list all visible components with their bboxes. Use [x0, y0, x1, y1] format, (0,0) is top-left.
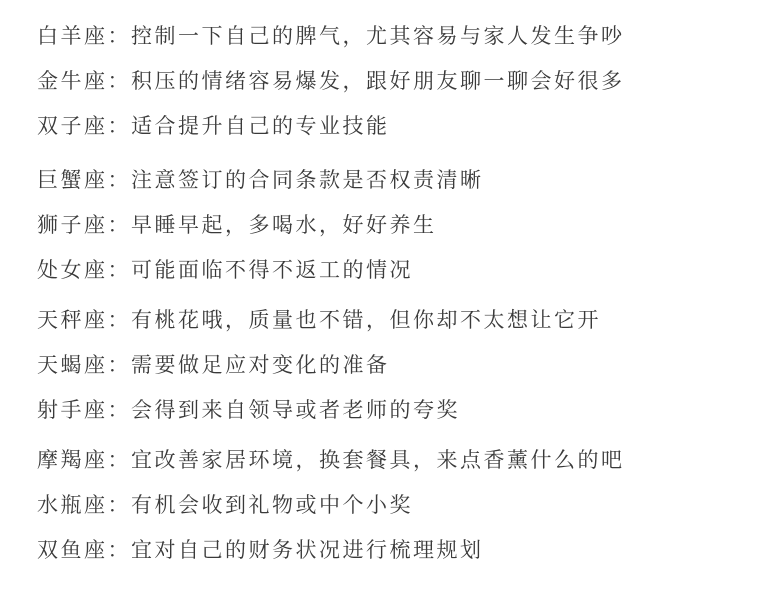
colon-separator: ： [108, 164, 132, 194]
zodiac-sign-label: 狮子座 [37, 209, 108, 239]
colon-separator: ： [108, 65, 132, 95]
horoscope-text: 早睡早起，多喝水，好好养生 [131, 209, 437, 239]
colon-separator: ： [108, 254, 132, 284]
zodiac-sign-label: 摩羯座 [37, 444, 108, 474]
horoscope-row-capricorn: 摩羯座：宜改善家居环境，换套餐具，来点香薰什么的吧 [37, 436, 747, 481]
colon-separator: ： [108, 394, 132, 424]
zodiac-sign-label: 天秤座 [37, 304, 108, 334]
zodiac-sign-label: 金牛座 [37, 65, 108, 95]
colon-separator: ： [108, 110, 132, 140]
horoscope-document: 白羊座：控制一下自己的脾气，尤其容易与家人发生争吵 金牛座：积压的情绪容易爆发，… [0, 0, 767, 595]
horoscope-text: 积压的情绪容易爆发，跟好朋友聊一聊会好很多 [131, 65, 625, 95]
horoscope-text: 宜改善家居环境，换套餐具，来点香薰什么的吧 [131, 444, 625, 474]
horoscope-text: 会得到来自领导或者老师的夸奖 [131, 394, 460, 424]
horoscope-text: 有桃花哦，质量也不错，但你却不太想让它开 [131, 304, 601, 334]
zodiac-sign-label: 巨蟹座 [37, 164, 108, 194]
horoscope-text: 需要做足应对变化的准备 [131, 349, 390, 379]
colon-separator: ： [108, 444, 132, 474]
zodiac-sign-label: 白羊座 [37, 20, 108, 50]
horoscope-text: 控制一下自己的脾气，尤其容易与家人发生争吵 [131, 20, 625, 50]
horoscope-text: 注意签订的合同条款是否权责清晰 [131, 164, 484, 194]
colon-separator: ： [108, 304, 132, 334]
colon-separator: ： [108, 20, 132, 50]
horoscope-text: 宜对自己的财务状况进行梳理规划 [131, 534, 484, 564]
horoscope-row-virgo: 处女座：可能面临不得不返工的情况 [37, 246, 747, 291]
horoscope-text: 有机会收到礼物或中个小奖 [131, 489, 413, 519]
zodiac-sign-label: 射手座 [37, 394, 108, 424]
zodiac-sign-label: 天蝎座 [37, 349, 108, 379]
horoscope-row-aquarius: 水瓶座：有机会收到礼物或中个小奖 [37, 481, 747, 526]
horoscope-row-taurus: 金牛座：积压的情绪容易爆发，跟好朋友聊一聊会好很多 [37, 57, 747, 102]
horoscope-row-cancer: 巨蟹座：注意签订的合同条款是否权责清晰 [37, 156, 747, 201]
horoscope-row-pisces: 双鱼座：宜对自己的财务状况进行梳理规划 [37, 526, 747, 571]
horoscope-text: 适合提升自己的专业技能 [131, 110, 390, 140]
colon-separator: ： [108, 489, 132, 519]
horoscope-text: 可能面临不得不返工的情况 [131, 254, 413, 284]
horoscope-row-scorpio: 天蝎座：需要做足应对变化的准备 [37, 341, 747, 386]
horoscope-row-aries: 白羊座：控制一下自己的脾气，尤其容易与家人发生争吵 [37, 12, 747, 57]
colon-separator: ： [108, 209, 132, 239]
horoscope-row-sagittarius: 射手座：会得到来自领导或者老师的夸奖 [37, 386, 747, 431]
colon-separator: ： [108, 349, 132, 379]
zodiac-sign-label: 双子座 [37, 110, 108, 140]
colon-separator: ： [108, 534, 132, 564]
zodiac-sign-label: 水瓶座 [37, 489, 108, 519]
horoscope-row-gemini: 双子座：适合提升自己的专业技能 [37, 102, 747, 147]
horoscope-row-libra: 天秤座：有桃花哦，质量也不错，但你却不太想让它开 [37, 296, 747, 341]
horoscope-row-leo: 狮子座：早睡早起，多喝水，好好养生 [37, 201, 747, 246]
zodiac-sign-label: 处女座 [37, 254, 108, 284]
zodiac-sign-label: 双鱼座 [37, 534, 108, 564]
